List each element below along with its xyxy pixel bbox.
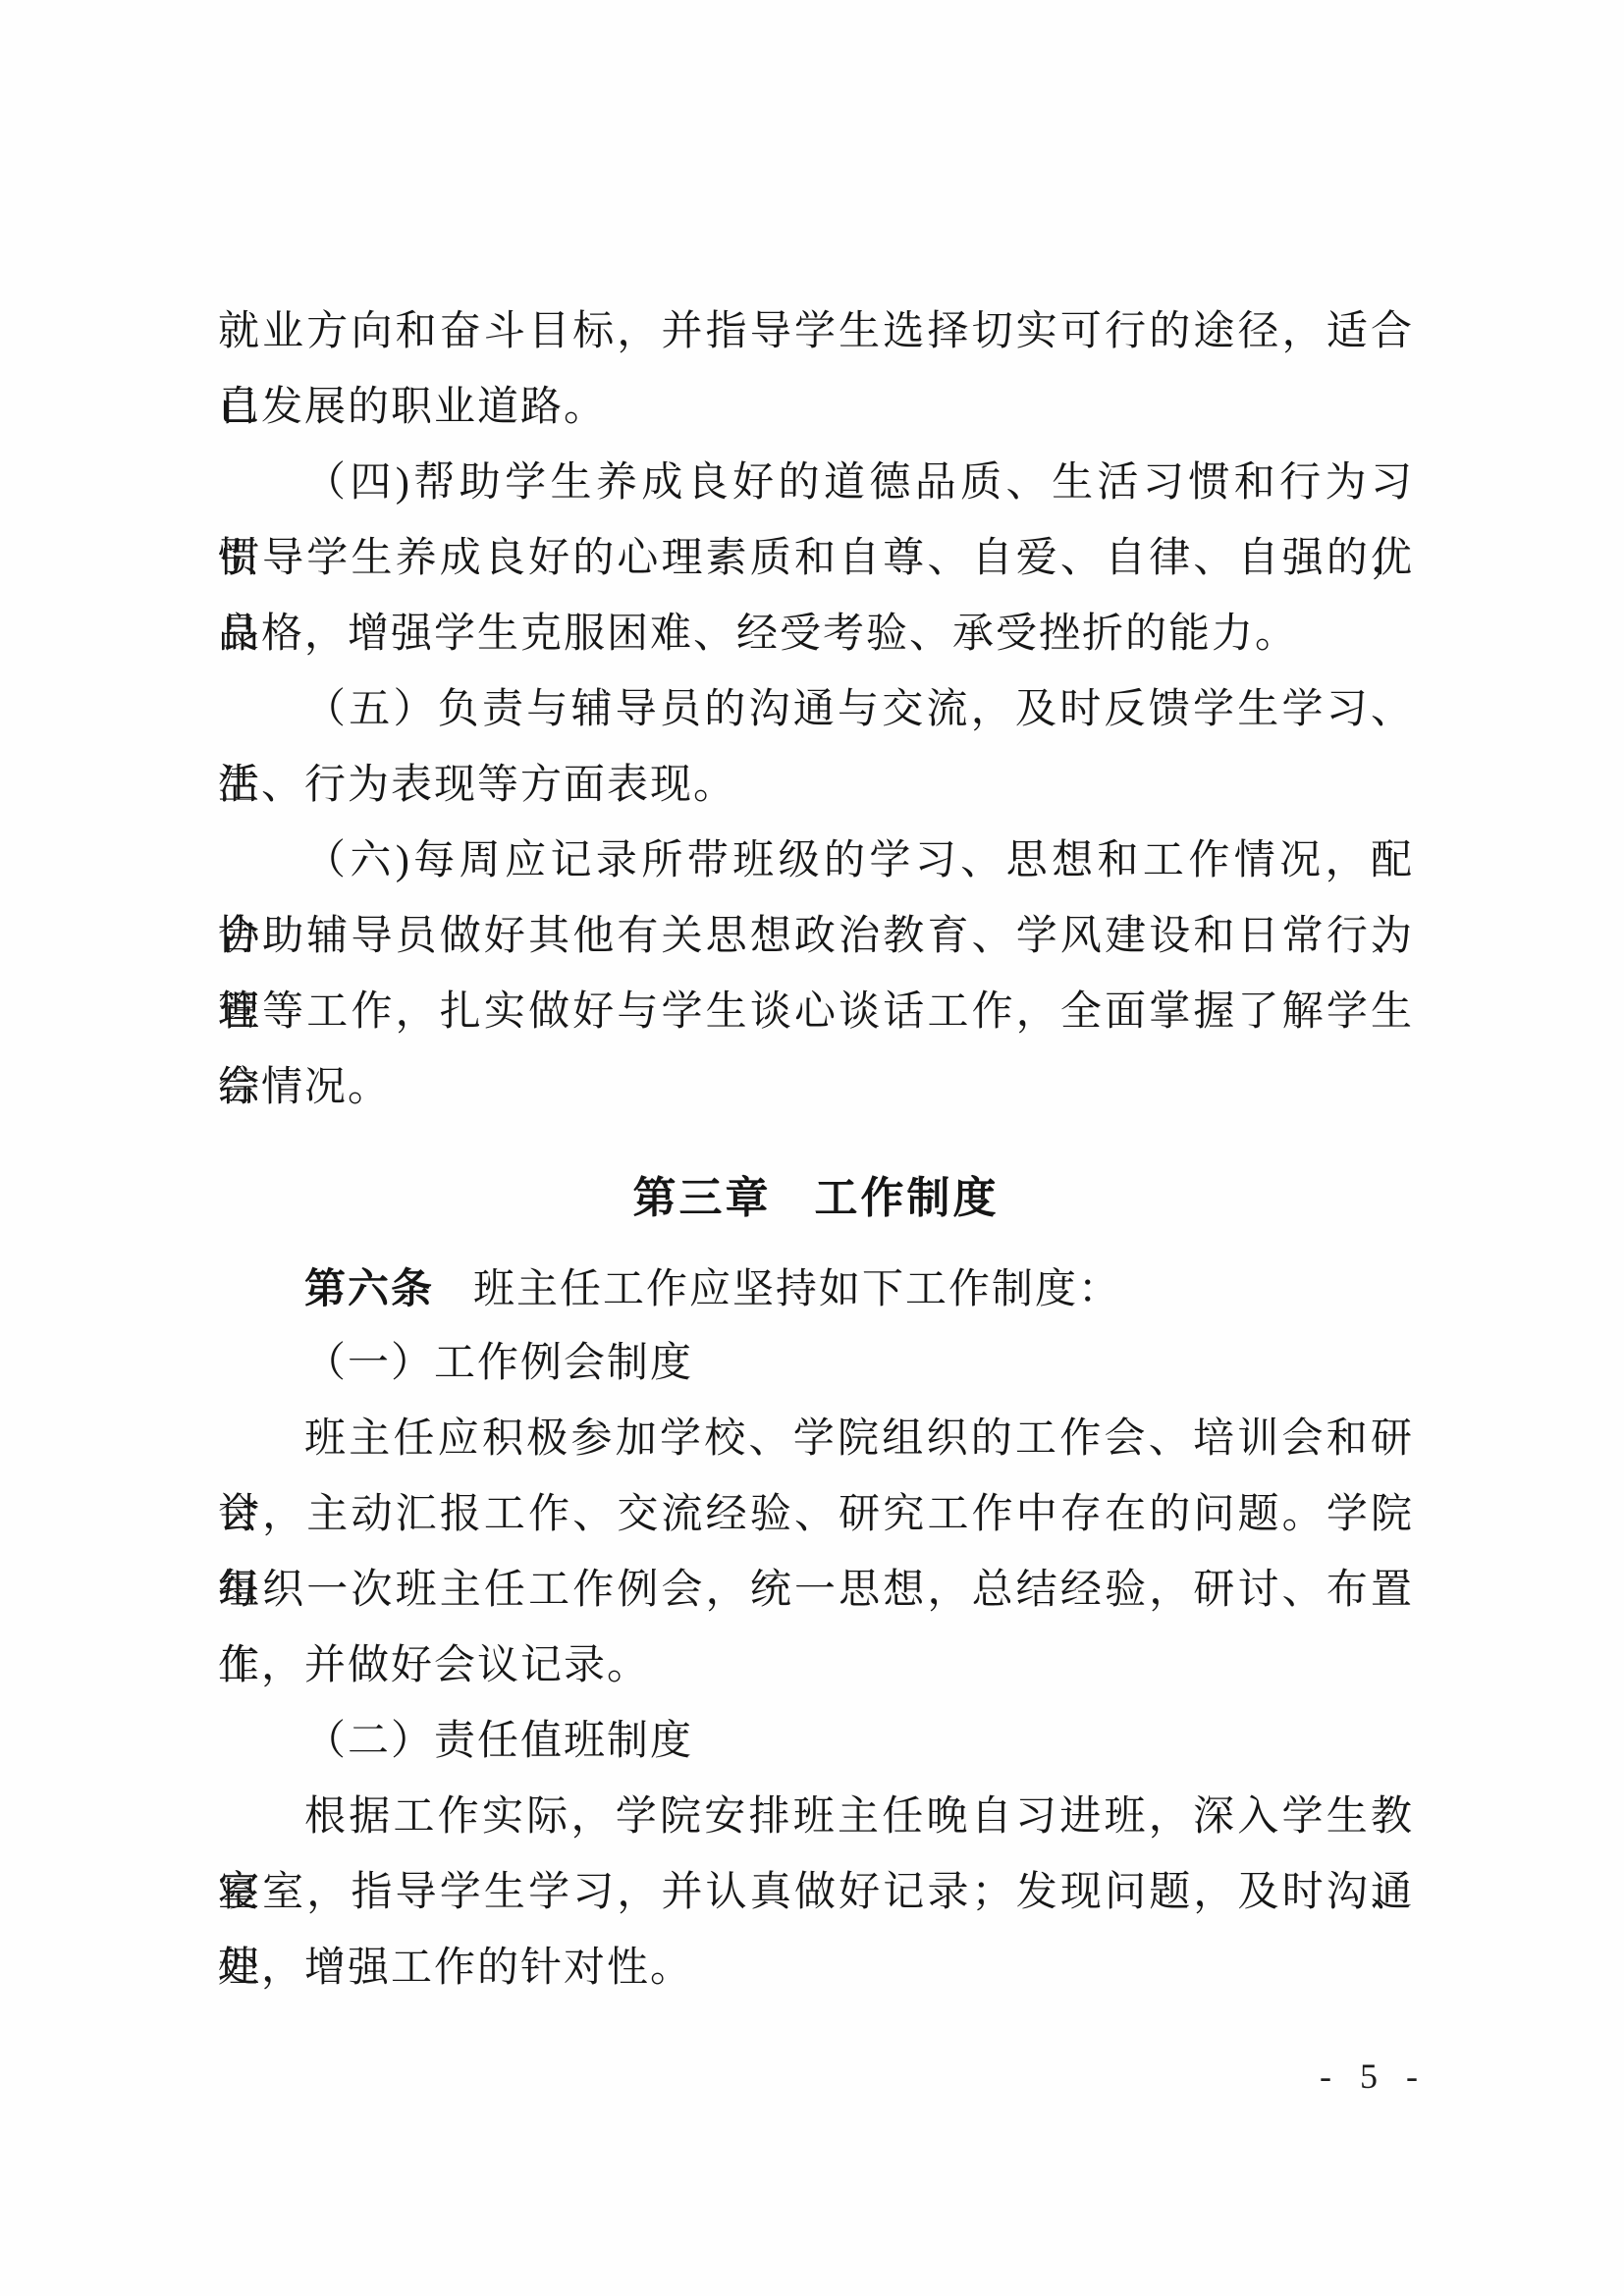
text-line: （二）责任值班制度 [218,1704,1414,1780]
clause-number: 第六条 [304,1265,434,1311]
text-line: 理，增强工作的针对性。 [218,1931,1414,2006]
text-line: 协助辅导员做好其他有关思想政治教育、学风建设和日常行为管 [218,899,1414,975]
page-number: - 5 - [1320,2056,1428,2097]
text-line: 班主任应积极参加学校、学院组织的工作会、培训会和研讨 [218,1402,1414,1477]
chapter-heading: 第三章工作制度 [218,1160,1414,1236]
text-line: 引导学生养成良好的心理素质和自尊、自爱、自律、自强的优良 [218,521,1414,597]
text-line: （五）负责与辅导员的沟通与交流，及时反馈学生学习、生 [218,672,1414,748]
text-line: 己发展的职业道路。 [218,370,1414,446]
text-line: 第六条班主任工作应坚持如下工作制度： [218,1251,1414,1326]
text-line: 作，并做好会议记录。 [218,1629,1414,1704]
text-line: 组织一次班主任工作例会，统一思想，总结经验，研讨、布置工 [218,1553,1414,1629]
chapter-title: 工作制度 [815,1174,1000,1222]
text-line: 活、行为表现等方面表现。 [218,748,1414,824]
text-line: 理等工作，扎实做好与学生谈心谈话工作，全面掌握了解学生综 [218,975,1414,1050]
paragraphs-top: 就业方向和奋斗目标，并指导学生选择切实可行的途径，适合自己发展的职业道路。（四)… [218,294,1414,1126]
text-line: 会，主动汇报工作、交流经验、研究工作中存在的问题。学院每 [218,1477,1414,1553]
text-line: 就业方向和奋斗目标，并指导学生选择切实可行的途径，适合自 [218,294,1414,370]
text-line: 寝室，指导学生学习，并认真做好记录；发现问题，及时沟通处 [218,1855,1414,1931]
text-line: 合情况。 [218,1050,1414,1126]
text-block: 就业方向和奋斗目标，并指导学生选择切实可行的途径，适合自己发展的职业道路。（四)… [218,294,1414,2006]
chapter-number: 第三章 [633,1174,772,1222]
text-line: （四)帮助学生养成良好的道德品质、生活习惯和行为习惯， [218,446,1414,521]
paragraphs-bottom: 第六条班主任工作应坚持如下工作制度：（一）工作例会制度班主任应积极参加学校、学院… [218,1251,1414,2006]
document-page: 就业方向和奋斗目标，并指导学生选择切实可行的途径，适合自己发展的职业道路。（四)… [0,0,1624,2296]
text-line: 根据工作实际，学院安排班主任晚自习进班，深入学生教室、 [218,1780,1414,1855]
text-line: （六)每周应记录所带班级的学习、思想和工作情况，配合、 [218,824,1414,899]
text-line: 品格，增强学生克服困难、经受考验、承受挫折的能力。 [218,597,1414,672]
text-line: （一）工作例会制度 [218,1326,1414,1402]
